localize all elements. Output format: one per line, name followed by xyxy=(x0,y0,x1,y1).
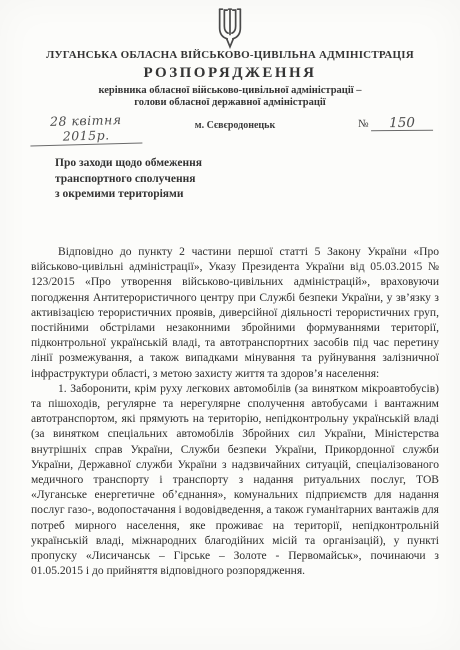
body-paragraph-1: Відповідно до пункту 2 частини першої ст… xyxy=(31,245,439,382)
ukraine-trident-icon xyxy=(214,7,246,54)
org-name: ЛУГАНСЬКА ОБЛАСНА ВІЙСЬКОВО-ЦИВІЛЬНА АДМ… xyxy=(0,49,460,61)
doc-number-label: № xyxy=(358,118,369,130)
subject-line-1: Про заходи щодо обмеження xyxy=(55,156,202,172)
document-page: ЛУГАНСЬКА ОБЛАСНА ВІЙСЬКОВО-ЦИВІЛЬНА АДМ… xyxy=(0,0,460,650)
subject-line-3: з окремими територіями xyxy=(55,187,202,203)
document-body: Відповідно до пункту 2 частини першої ст… xyxy=(31,245,439,579)
issuer-line-1: керівника обласної військово-цивільної а… xyxy=(0,85,460,97)
issuer-line-2: голови обласної державної адміністрації xyxy=(0,97,460,109)
doc-type-title: РОЗПОРЯДЖЕННЯ xyxy=(0,65,460,82)
meta-row: 28 квітня 2015р. м. Сєвєродонецьк № 150 xyxy=(30,113,440,137)
doc-number: № 150 xyxy=(358,117,440,131)
body-paragraph-2: 1. Заборонити, крім руху легкових автомо… xyxy=(31,382,439,580)
issuer-block: керівника обласної військово-цивільної а… xyxy=(0,85,460,108)
doc-number-value: 150 xyxy=(371,117,433,132)
subject-block: Про заходи щодо обмеження транспортного … xyxy=(55,156,202,203)
subject-line-2: транспортного сполучення xyxy=(55,172,202,188)
